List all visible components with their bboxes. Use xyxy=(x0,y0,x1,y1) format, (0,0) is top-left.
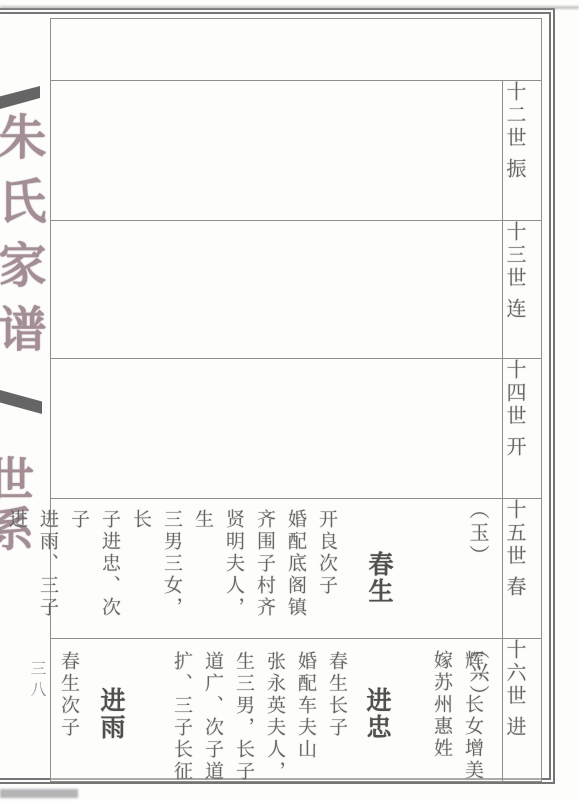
biography-column: 婚配底阁镇 xyxy=(280,509,311,638)
generation-number: 十四世 xyxy=(503,359,525,428)
generation-number: 十二世 xyxy=(503,81,525,150)
generation-row-15: 春生 开良次子婚配底阁镇齐围子村齐贤明夫人，生三男三女，长子进忠、次子进雨、三子… xyxy=(51,499,541,639)
biography-column: 开良次子 xyxy=(311,509,342,638)
generation-12-content-cell xyxy=(51,81,502,220)
generation-16-content-cell: 辉，长女增美嫁苏州惠姓 进忠 春生长子婚配车夫山张永英夫人，生三男，长子道广、次… xyxy=(51,639,502,783)
genealogy-table: 十二世 振 十三世 连 十四世 开 春生 开良次子婚配底阁镇齐围子村齐贤明夫人，… xyxy=(50,18,542,782)
biography-column: 婚配车夫山 xyxy=(290,651,321,783)
biography-column: 扩、三子长征 xyxy=(166,651,197,783)
book-title-calligraphy: 朱氏家谱 xyxy=(0,112,52,368)
biography-column: 三男三女，长 xyxy=(125,509,187,638)
generation-15-content-cell: 春生 开良次子婚配底阁镇齐围子村齐贤明夫人，生三男三女，长子进忠、次子进雨、三子… xyxy=(51,499,502,638)
person-biography: 春生长子婚配车夫山张永英夫人，生三男，长子道广、次子道扩、三子长征 xyxy=(166,651,352,783)
person-name: 春生 xyxy=(360,551,396,605)
scan-artifact-top xyxy=(0,6,579,9)
person-biography: 春生次子 xyxy=(53,651,84,739)
generation-15-label-cell: 十五世 春（玉） xyxy=(502,499,541,638)
generation-progenitor: 连 xyxy=(503,298,525,321)
page-number: 三八 xyxy=(25,660,48,702)
biography-column: 峰，长女进娥 xyxy=(0,509,1,638)
generation-progenitor: 开 xyxy=(503,436,525,459)
generation-row-13: 十三世 连 xyxy=(51,221,541,359)
generation-row-12: 十二世 振 xyxy=(51,81,541,221)
person-biography: 开良次子婚配底阁镇齐围子村齐贤明夫人，生三男三女，长子进忠、次子进雨、三子进峰，… xyxy=(0,509,342,638)
biography-column: 贤明夫人，生 xyxy=(187,509,249,638)
generation-13-label-cell: 十三世 连 xyxy=(502,221,541,358)
scan-artifact-bottom-left xyxy=(0,789,78,798)
biography-column: 春生长子 xyxy=(321,651,352,783)
generation-12-label-cell: 十二世 振 xyxy=(502,81,541,220)
biography-column: 嫁苏州惠姓 xyxy=(426,650,457,782)
biography-column: 张永英夫人， xyxy=(259,651,290,783)
generation-number: 十六世 xyxy=(503,639,525,708)
biography-column: 道广、次子道 xyxy=(197,651,228,783)
generation-13-content-cell xyxy=(51,221,502,358)
genealogy-page: 朱氏家谱 世系 三八 十二世 振 十三世 连 十四世 开 xyxy=(0,0,579,801)
generation-16-label-cell: 十六世 进（兴） xyxy=(502,639,541,783)
person-name: 进忠 xyxy=(358,687,394,741)
biography-column: 生三男，长子 xyxy=(228,651,259,783)
generation-number: 十五世 xyxy=(503,499,525,568)
generation-14-content-cell xyxy=(51,359,502,498)
biography-column: 齐围子村齐 xyxy=(249,509,280,638)
person-name: 进雨 xyxy=(92,687,128,741)
biography-column: 春生次子 xyxy=(53,651,84,739)
generation-row-16: 辉，长女增美嫁苏州惠姓 进忠 春生长子婚配车夫山张永英夫人，生三男，长子道广、次… xyxy=(51,639,541,783)
table-header-cell xyxy=(51,19,541,81)
biography-column: 子进忠、次子 xyxy=(63,509,125,638)
generation-14-label-cell: 十四世 开 xyxy=(502,359,541,498)
biography-column: 进雨、三子进 xyxy=(1,509,63,638)
generation-progenitor: 振 xyxy=(503,158,525,181)
generation-number: 十三世 xyxy=(503,221,525,290)
generation-row-14: 十四世 开 xyxy=(51,359,541,499)
